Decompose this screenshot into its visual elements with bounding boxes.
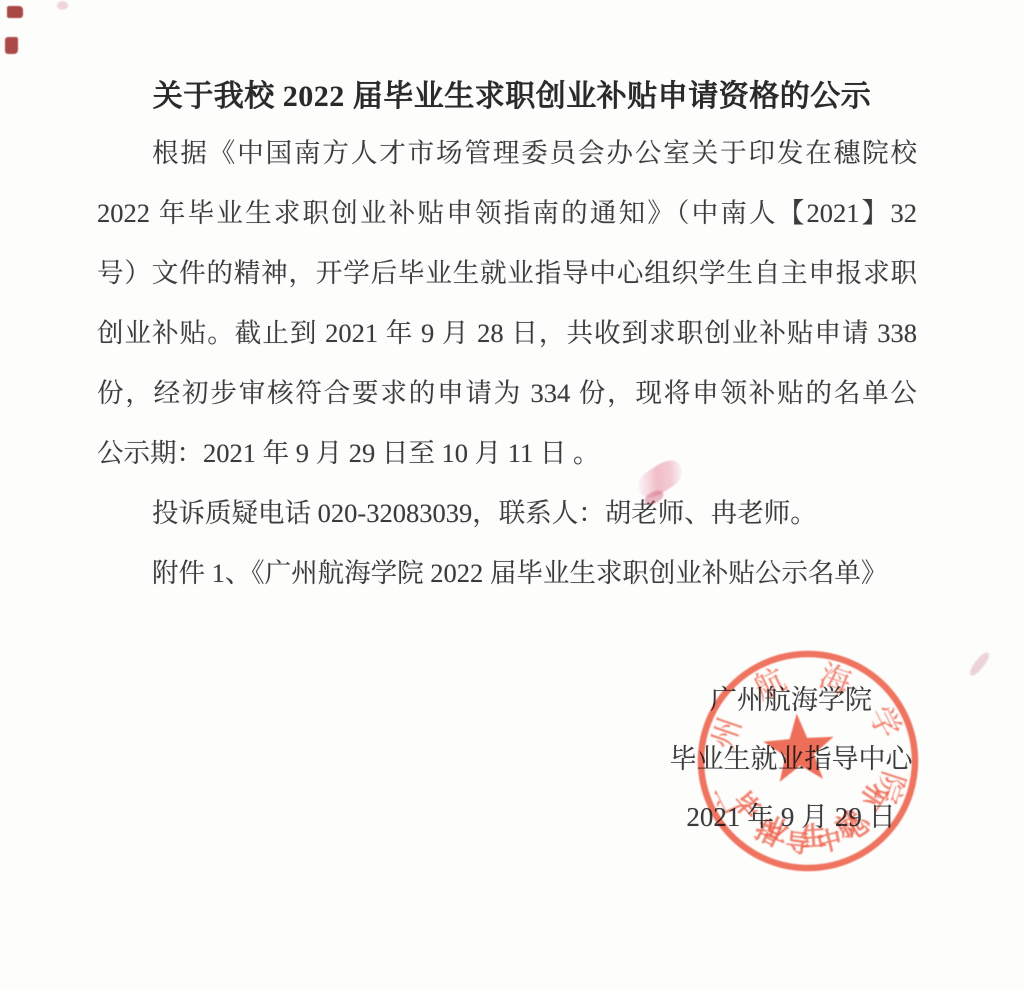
paragraph: 根据《中国南方人才市场管理委员会办公室关于印发在穗院校2022 年毕业生求职创业… <box>97 123 917 483</box>
document-title: 关于我校 2022 届毕业生求职创业补贴申请资格的公示 <box>0 71 1024 115</box>
red-ink-mark <box>7 6 23 18</box>
text-line: 公示期：2021 年 9 月 29 日至 10 月 11 日 。 <box>97 423 917 483</box>
seal-star <box>762 711 837 783</box>
text-line: 份，经初步审核符合要求的申请为 334 份，现将申领补贴的名单公示， <box>97 363 917 423</box>
paragraph: 投诉质疑电话 020-32083039，联系人：胡老师、冉老师。 <box>97 483 917 543</box>
document-body: 根据《中国南方人才市场管理委员会办公室关于印发在穗院校2022 年毕业生求职创业… <box>97 123 917 603</box>
ink-smudge <box>967 650 991 678</box>
text-line: 投诉质疑电话 020-32083039，联系人：胡老师、冉老师。 <box>97 483 917 543</box>
paragraph: 附件 1、《广州航海学院 2022 届毕业生求职创业补贴公示名单》 <box>97 543 917 603</box>
scanned-document-page: 关于我校 2022 届毕业生求职创业补贴申请资格的公示 根据《中国南方人才市场管… <box>0 0 1024 990</box>
seal-inner-char: 导 <box>784 829 812 859</box>
text-line: 2022 年毕业生求职创业补贴申领指南的通知》（中南人【2021】32 <box>97 183 917 243</box>
pink-ink-dot <box>57 1 68 10</box>
official-seal: 广州航海学院毕业生就业指导中心 <box>669 622 947 900</box>
text-line: 创业补贴。截止到 2021 年 9 月 28 日，共收到求职创业补贴申请 338 <box>97 303 917 363</box>
red-ink-mark <box>5 37 18 54</box>
text-line: 根据《中国南方人才市场管理委员会办公室关于印发在穗院校 <box>97 123 917 183</box>
text-line: 附件 1、《广州航海学院 2022 届毕业生求职创业补贴公示名单》 <box>97 543 917 603</box>
text-line: 号）文件的精神，开学后毕业生就业指导中心组织学生自主申报求职 <box>97 243 917 303</box>
